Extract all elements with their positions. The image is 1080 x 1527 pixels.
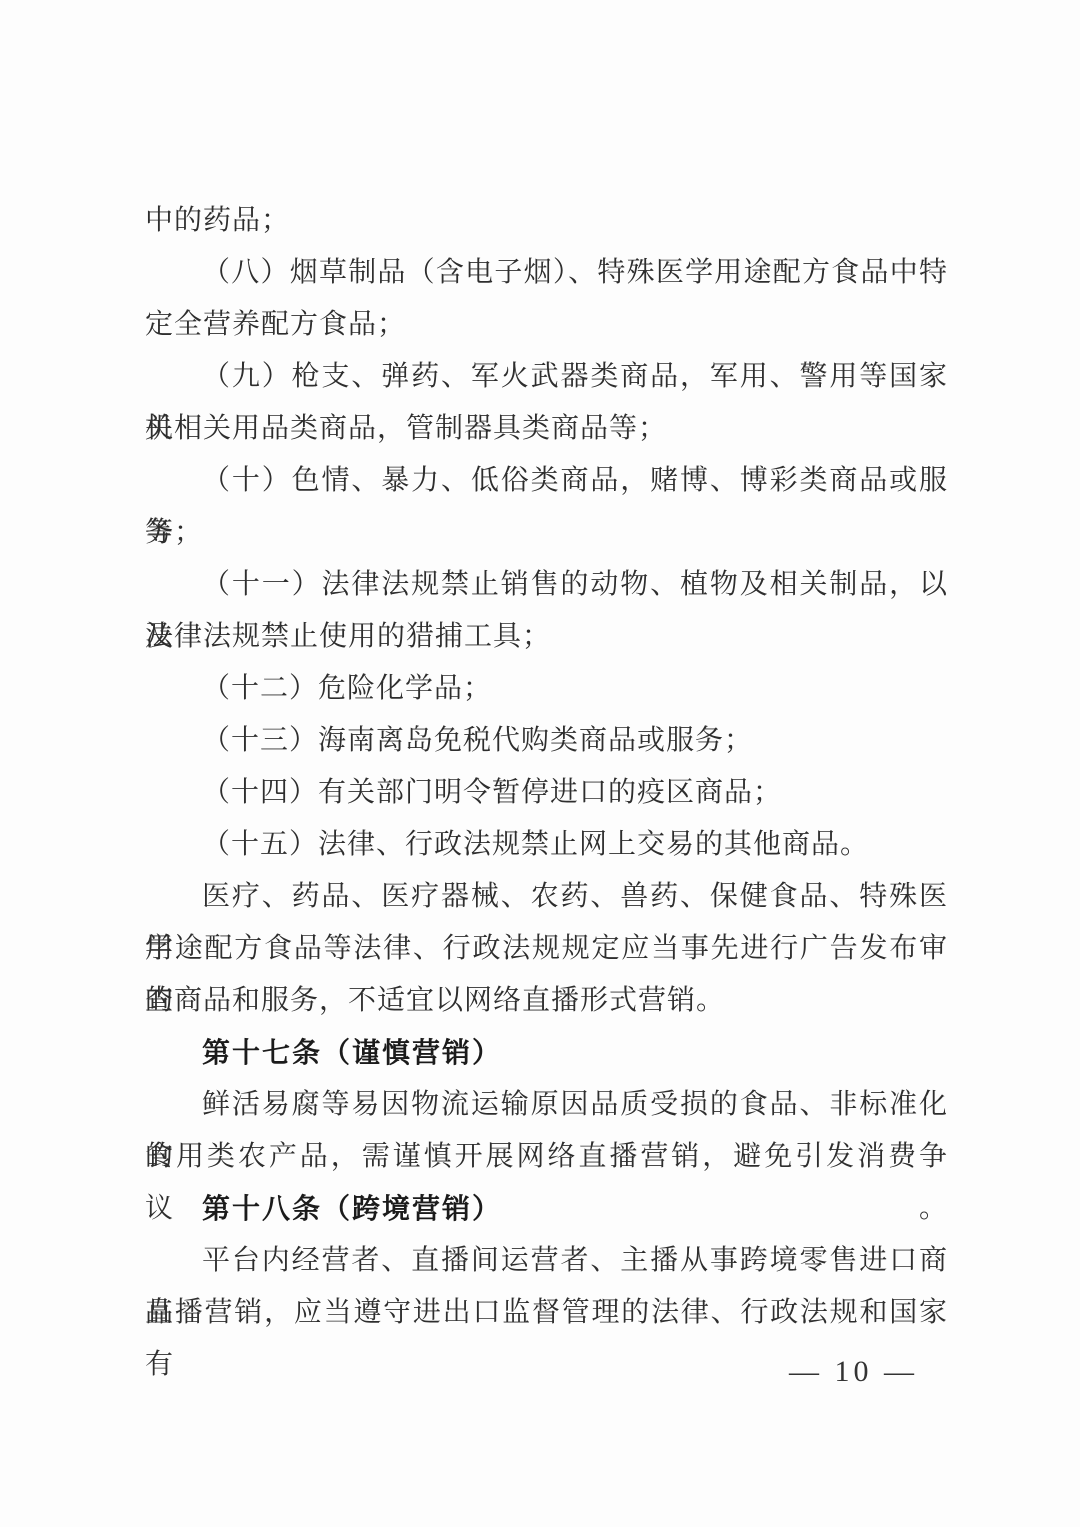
text-line: （九）枪支、弹药、军火武器类商品，军用、警用等国家机: [145, 351, 948, 403]
text-line: （十二）危险化学品；: [145, 663, 948, 715]
text-line: （十四）有关部门明令暂停进口的疫区商品；: [145, 767, 948, 819]
text-line: （十五）法律、行政法规禁止网上交易的其他商品。: [145, 819, 948, 871]
text-line: 法律法规禁止使用的猎捕工具；: [145, 611, 948, 663]
text-line: 的商品和服务，不适宜以网络直播形式营销。: [145, 975, 948, 1027]
text-line: （十一）法律法规禁止销售的动物、植物及相关制品，以及: [145, 559, 948, 611]
text-line: （八）烟草制品（含电子烟）、特殊医学用途配方食品中特: [145, 247, 948, 299]
document-page: 中的药品；（八）烟草制品（含电子烟）、特殊医学用途配方食品中特定全营养配方食品；…: [0, 0, 1080, 1527]
text-line: 食用类农产品，需谨慎开展网络直播营销，避免引发消费争议。: [145, 1131, 948, 1183]
text-line: 鲜活易腐等易因物流运输原因品质受损的食品、非标准化的: [145, 1079, 948, 1131]
text-line: 平台内经营者、直播间运营者、主播从事跨境零售进口商品: [145, 1235, 948, 1287]
text-line: 直播营销，应当遵守进出口监督管理的法律、行政法规和国家有: [145, 1287, 948, 1339]
document-body: 中的药品；（八）烟草制品（含电子烟）、特殊医学用途配方食品中特定全营养配方食品；…: [145, 195, 948, 1339]
text-line: 医疗、药品、医疗器械、农药、兽药、保健食品、特殊医学: [145, 871, 948, 923]
text-line: （十）色情、暴力、低俗类商品，赌博、博彩类商品或服务: [145, 455, 948, 507]
text-line: 中的药品；: [145, 195, 948, 247]
page-number: — 10 —: [789, 1350, 918, 1394]
text-line: 等；: [145, 507, 948, 559]
text-line: 用途配方食品等法律、行政法规规定应当事先进行广告发布审查: [145, 923, 948, 975]
article-heading: 第十七条（谨慎营销）: [145, 1027, 948, 1079]
text-line: （十三）海南离岛免税代购类商品或服务；: [145, 715, 948, 767]
text-line: 定全营养配方食品；: [145, 299, 948, 351]
text-line: 关相关用品类商品，管制器具类商品等；: [145, 403, 948, 455]
